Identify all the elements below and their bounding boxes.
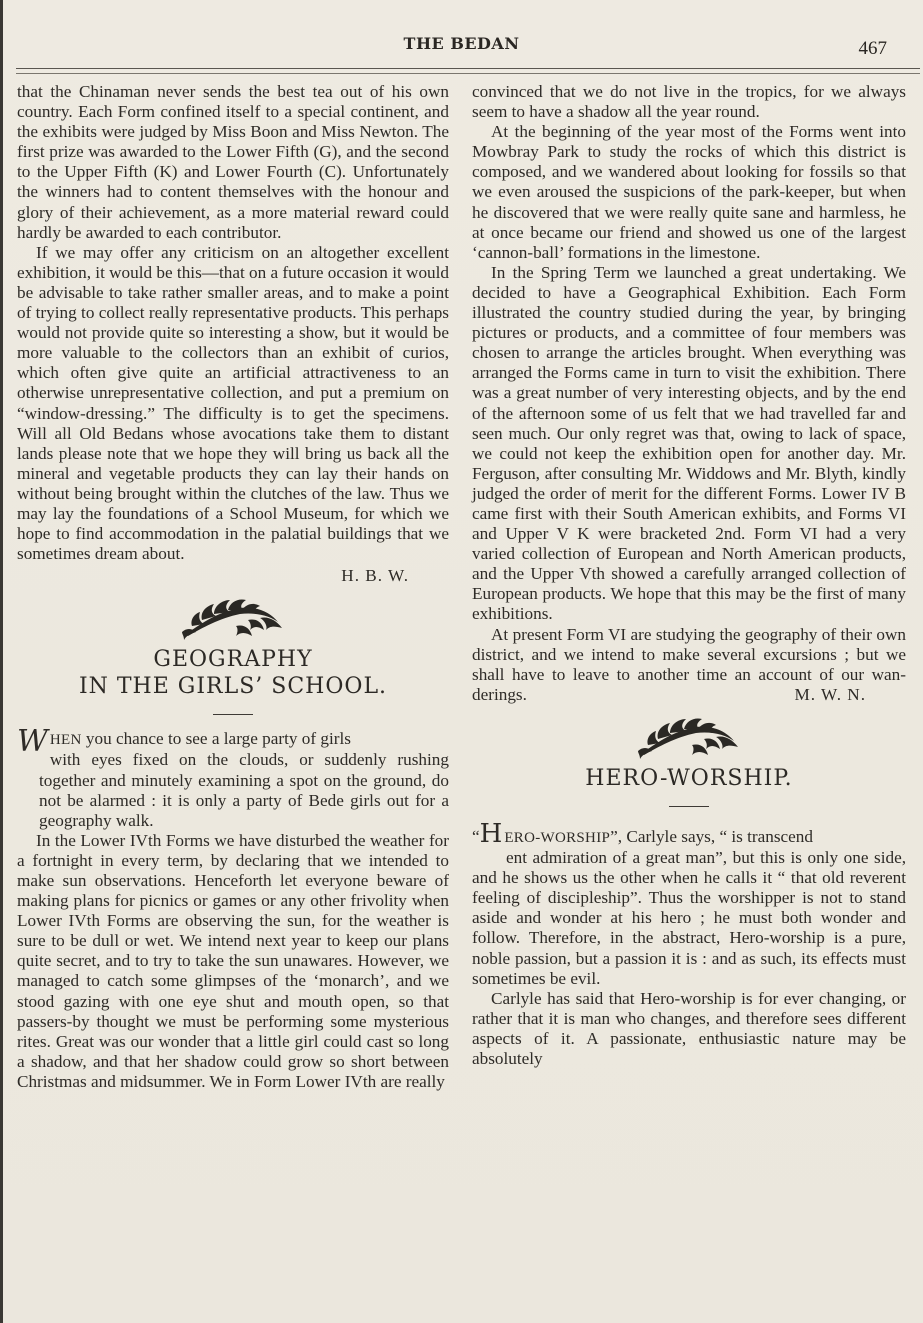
paragraph: WHEN you chance to see a large party of …	[17, 729, 449, 750]
running-title: THE BEDAN	[0, 34, 923, 53]
text-run: ent admiration of a great man”, but this…	[472, 848, 906, 988]
leaf-flourish-icon	[178, 596, 288, 640]
page-number: 467	[859, 38, 888, 60]
right-column: convinced that we do not live in the tro…	[472, 82, 906, 1069]
small-caps-lead: HEN	[50, 732, 82, 748]
paragraph: In the Lower IVth Forms we have disturbe…	[17, 831, 449, 1092]
short-rule	[669, 806, 709, 807]
paragraph-continuation: with eyes fixed on the clouds, or sudden…	[17, 750, 449, 830]
signature: H. B. W.	[17, 566, 449, 586]
section-title: HERO-WORSHIP.	[472, 765, 906, 792]
page-edge	[0, 0, 3, 1323]
section-title-line: GEOGRAPHY	[17, 646, 449, 673]
header-double-rule	[16, 68, 920, 74]
paragraph: Carlyle has said that Hero-worship is fo…	[472, 989, 906, 1069]
left-column: that the Chinaman never sends the best t…	[17, 82, 449, 1092]
section-title-line: IN THE GIRLS’ SCHOOL.	[17, 673, 449, 700]
paragraph: In the Spring Term we launched a great u…	[472, 263, 906, 625]
paragraph: “HERO-WORSHIP”, Carlyle says, “ is trans…	[472, 821, 906, 848]
short-rule	[213, 714, 253, 715]
text-run: ”, Carlyle says, “ is transcend­	[610, 827, 813, 846]
running-head: THE BEDAN 467	[0, 32, 923, 58]
leaf-flourish-icon	[634, 715, 744, 759]
text-run: you chance to see a large party of girls	[82, 729, 351, 748]
open-quote: “	[472, 827, 480, 846]
paragraph: If we may offer any criticism on an alto…	[17, 243, 449, 565]
drop-cap: W	[17, 729, 48, 755]
small-caps-lead: ERO-WORSHIP	[504, 830, 610, 846]
paragraph: that the Chinaman never sends the best t…	[17, 82, 449, 243]
paragraph: At the beginning of the year most of the…	[472, 122, 906, 263]
signature: M. W. N.	[472, 685, 906, 705]
section-title: GEOGRAPHY IN THE GIRLS’ SCHOOL.	[17, 646, 449, 700]
paragraph: convinced that we do not live in the tro…	[472, 82, 906, 122]
paragraph-continuation: ent admiration of a great man”, but this…	[472, 848, 906, 989]
page: THE BEDAN 467 that the Chinaman never se…	[0, 0, 923, 1323]
drop-cap: H	[480, 819, 503, 849]
